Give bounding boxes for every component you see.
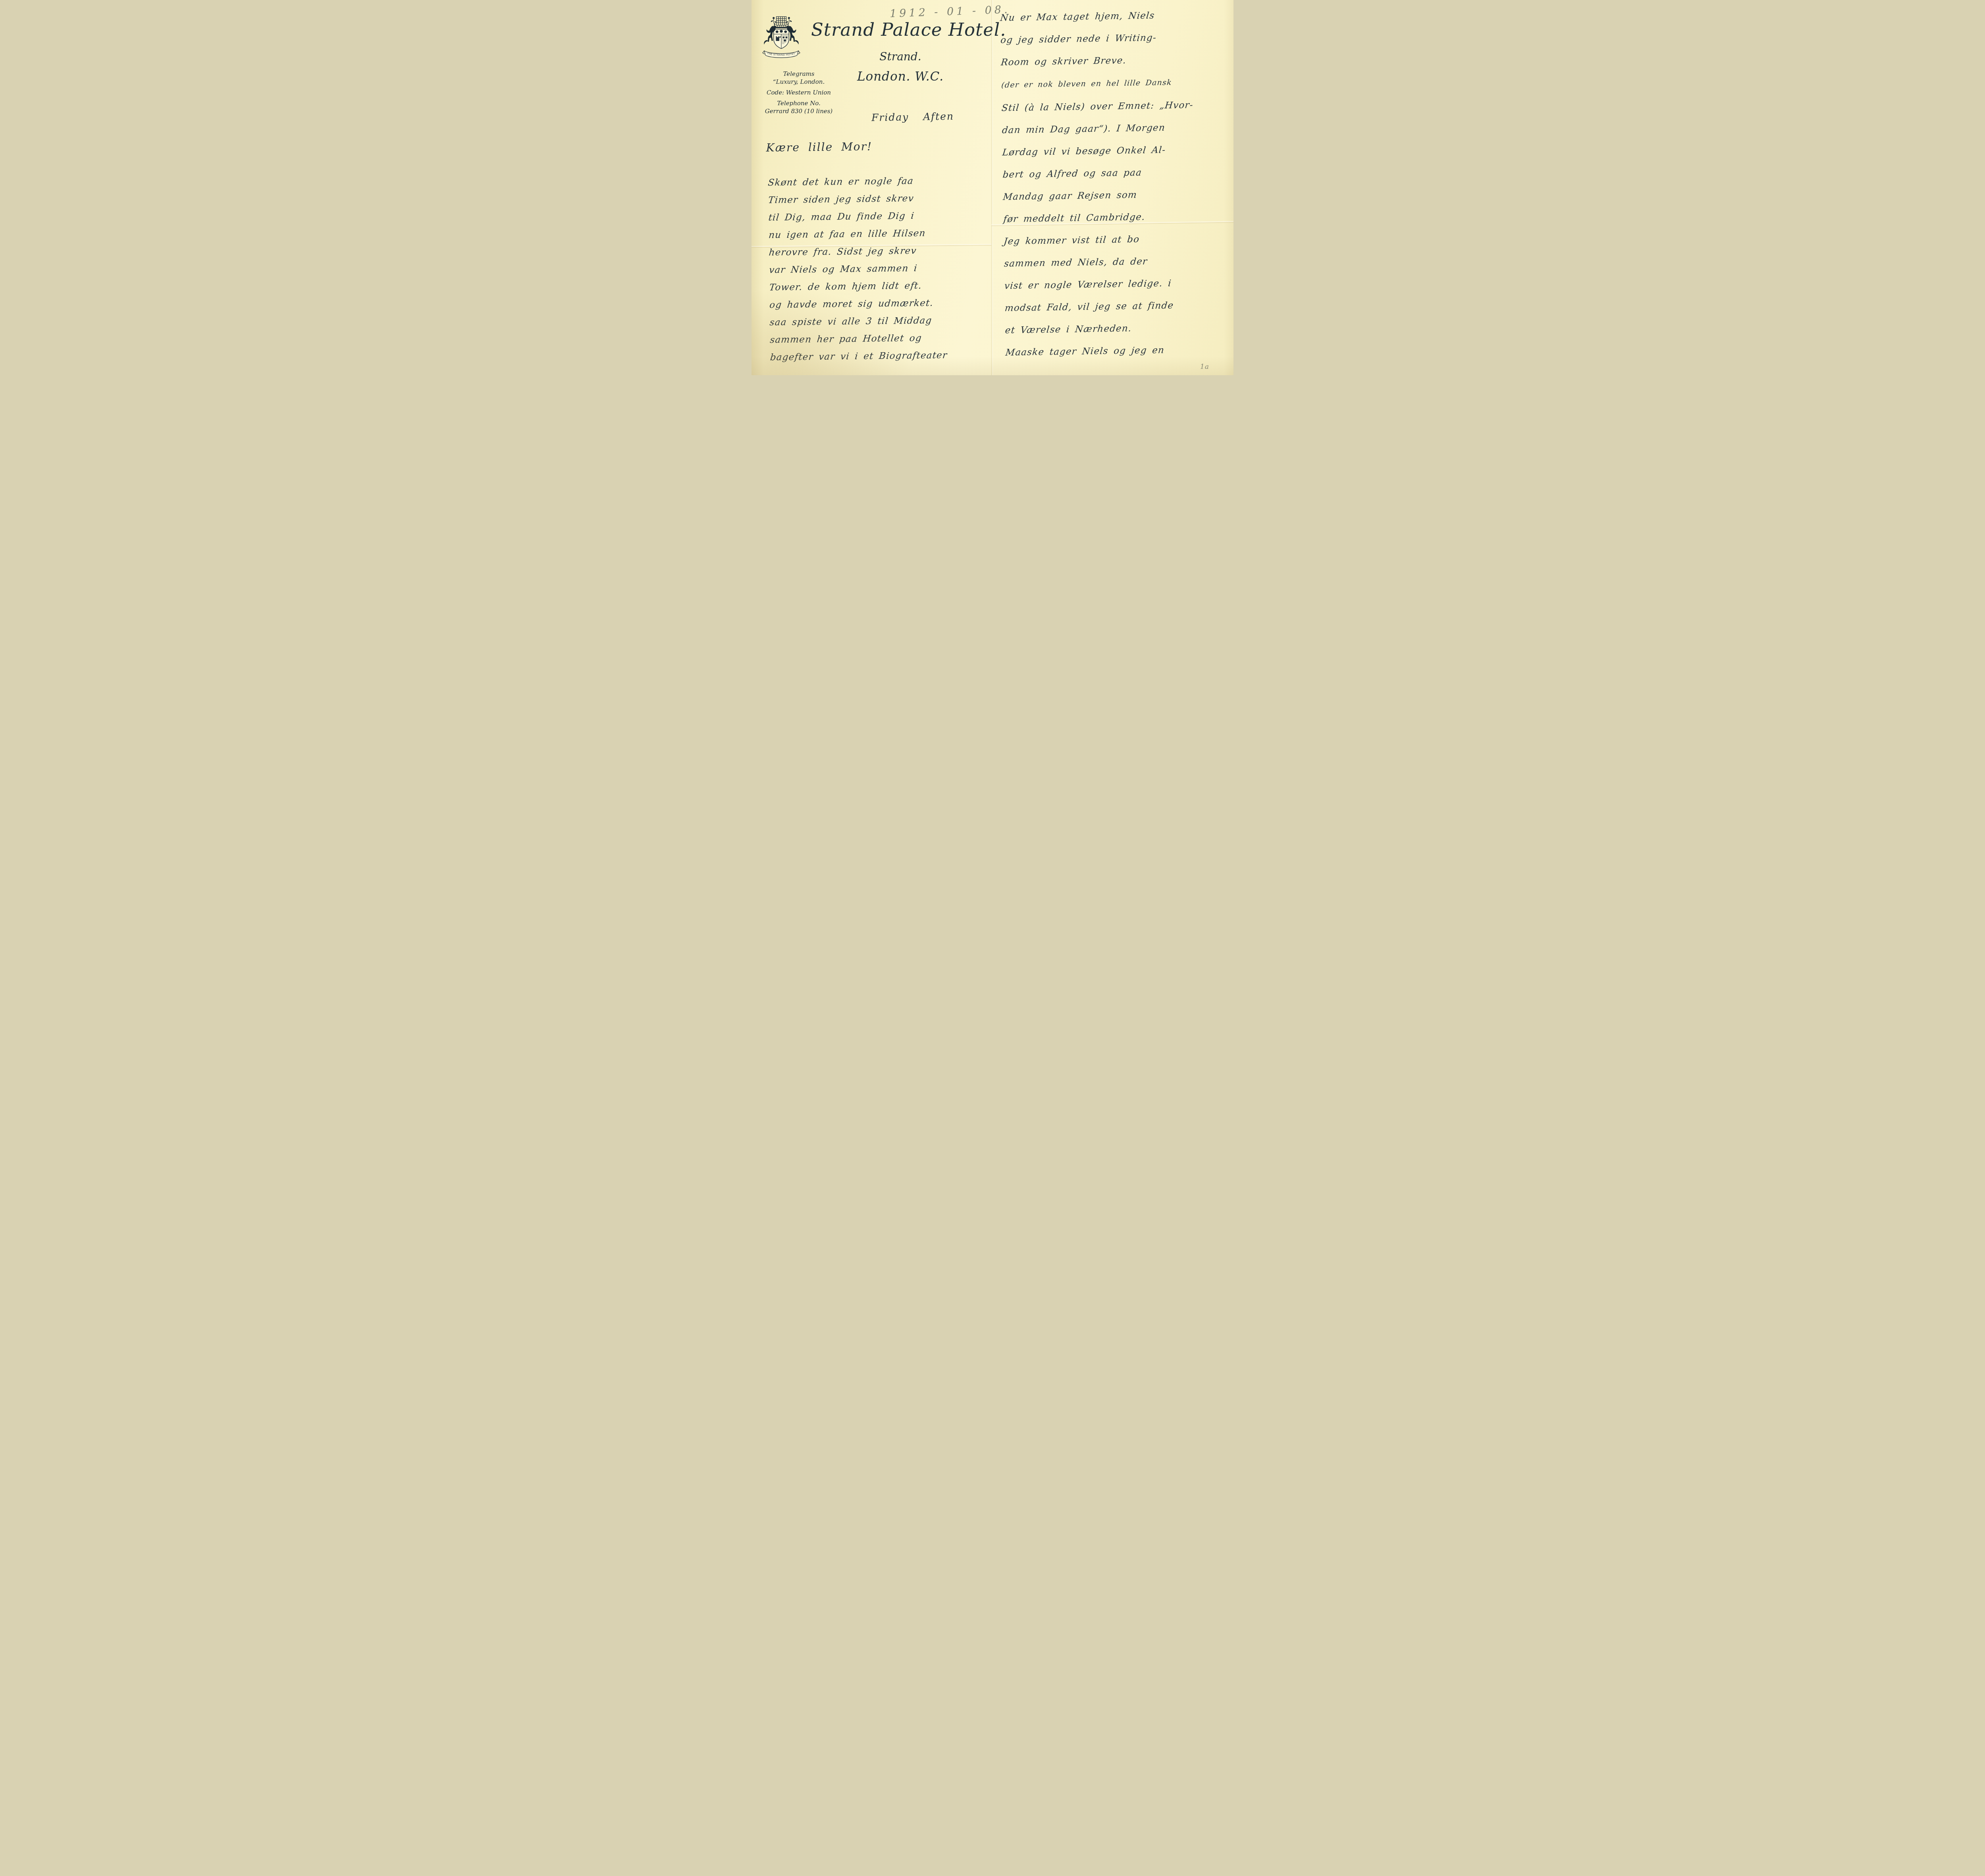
handwritten-line: var Niels og Max sammen i bbox=[768, 262, 998, 282]
handwritten-line: til Dig, maa Du finde Dig i bbox=[767, 210, 997, 230]
dateline: Friday Aften bbox=[871, 110, 954, 123]
flower-sprigs-icon bbox=[771, 17, 792, 25]
handwritten-line: dan min Dag gaar“). I Morgen bbox=[1000, 121, 1233, 147]
handwritten-line: nu igen at faa en lille Hilsen bbox=[767, 227, 998, 247]
handwritten-line: Stil (à la Niels) over Emnet: „Hvor- bbox=[1000, 99, 1232, 125]
handwritten-line: (der er nok bleven en hel lille Dansk bbox=[1000, 76, 1232, 103]
handwritten-line: et Værelse i Nærheden. bbox=[1003, 322, 1233, 347]
handwritten-line: Maaske tager Niels og jeg en bbox=[1004, 344, 1233, 370]
telegrams-block: Telegrams “Luxury, London. Code: Western… bbox=[754, 70, 844, 115]
handwritten-line: bagefter var vi i et Biografteater bbox=[769, 349, 999, 370]
telegrams-label: Telegrams bbox=[754, 70, 844, 78]
telegrams-value: “Luxury, London. bbox=[754, 78, 844, 86]
handwritten-line: Tower. de kom hjem lidt eft. bbox=[768, 280, 998, 300]
hotel-name: Strand Palace Hotel. bbox=[811, 19, 990, 40]
handwritten-line: og havde moret sig udmærket. bbox=[768, 297, 998, 317]
handwritten-line: Skønt det kun er nogle faa bbox=[767, 175, 997, 195]
pencil-date: 1912 - 01 - 08. bbox=[890, 4, 1010, 20]
handwritten-line: før meddelt til Cambridge. bbox=[1002, 210, 1233, 236]
handwritten-line: modsat Fald, vil jeg se at finde bbox=[1003, 299, 1233, 325]
handwritten-line: saa spiste vi alle 3 til Middag bbox=[768, 314, 998, 335]
address-strand: Strand. bbox=[811, 50, 990, 63]
handwritten-line: Room og skriver Breve. bbox=[999, 54, 1232, 79]
handwritten-line: sammen her paa Hotellet og bbox=[769, 332, 999, 352]
page-marker: 1a bbox=[1200, 363, 1209, 371]
handwritten-line: Timer siden jeg sidst skrev bbox=[767, 192, 997, 212]
handwritten-line: Jeg kommer vist til at bo bbox=[1002, 233, 1233, 258]
handwritten-line: Lørdag vil vi besøge Onkel Al- bbox=[1000, 144, 1233, 170]
telephone-value: Gerrard 830 (10 lines) bbox=[754, 107, 844, 115]
handwritten-line: og jeg sidder nede i Writing- bbox=[999, 31, 1231, 57]
letter-scan: THE STRAND HOTEL LTD Strand Palace Hotel… bbox=[752, 0, 1233, 375]
telephone-label: Telephone No. bbox=[754, 99, 844, 107]
handwritten-line: bert og Alfred og saa paa bbox=[1001, 166, 1233, 192]
shield-icon bbox=[774, 29, 789, 49]
salutation: Kære lille Mor! bbox=[766, 139, 995, 178]
handwritten-line: Mandag gaar Rejsen som bbox=[1001, 188, 1233, 214]
hotel-crest-icon: THE STRAND HOTEL LTD bbox=[761, 15, 802, 63]
handwritten-line: Nu er Max taget hjem, Niels bbox=[998, 9, 1231, 35]
letter-page-2: Nu er Max taget hjem, Niels og jeg sidde… bbox=[998, 10, 1233, 370]
code-line: Code: Western Union bbox=[754, 89, 844, 96]
handwritten-line: sammen med Niels, da der bbox=[1002, 255, 1233, 281]
handwritten-line: herovre fra. Sidst jeg skrev bbox=[767, 245, 998, 265]
letter-page-1: Kære lille Mor! Skønt det kun er nogle f… bbox=[766, 139, 997, 370]
portcullis-icon bbox=[777, 17, 786, 27]
handwritten-line: vist er nogle Værelser ledige. i bbox=[1002, 277, 1233, 303]
